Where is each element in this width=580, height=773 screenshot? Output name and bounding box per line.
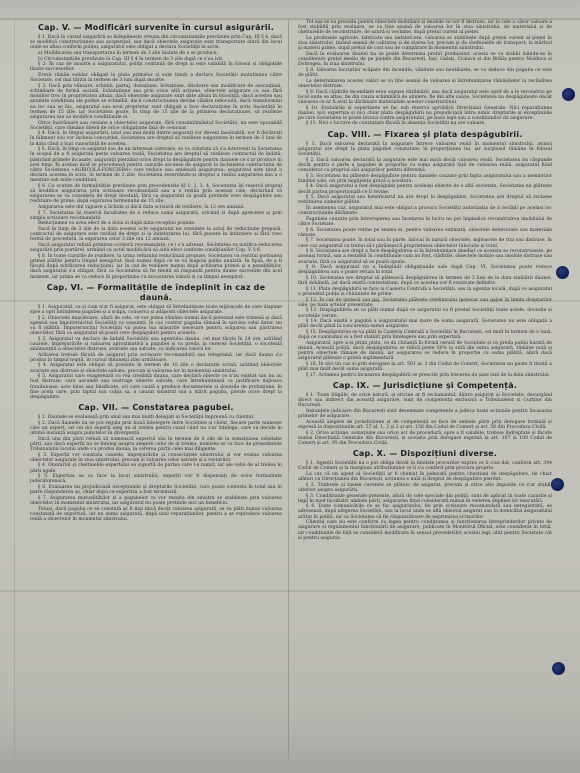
paragraph: Asiguratul, spre a-și primi plata, va da… (298, 341, 552, 362)
column-fold (288, 20, 289, 760)
page-edge (14, 20, 15, 760)
paragraph: § 5. Dacă, în timp ce asigurat sau de un… (30, 147, 282, 183)
paragraph: § 6. Cu scutire de formalitățile prevăzu… (30, 184, 282, 205)
paragraph: § 4. Dacă, în timpul asigurării, unul sa… (30, 131, 282, 146)
paragraph: Tot așa se va proceda pentru obiectele m… (298, 20, 552, 35)
paragraph: § 10. Societatea are dreptul să plăteasc… (298, 276, 552, 286)
paragraph: § 2. Dacă daunele nu se pot regula prin … (30, 421, 282, 436)
paragraph: § 1. Dacă în cursul asigurării se îndepl… (30, 35, 282, 50)
paragraph: La determinarea acestei valori se va țin… (298, 79, 552, 89)
paragraph: § 3. Experții vor constata cauzele, împr… (30, 453, 282, 463)
paragraph: Pagubele cauzate prin întreruperea sau î… (298, 217, 552, 227)
punch-hole-mark (556, 266, 569, 279)
paragraph: § 9. Dacă clădirile incendiate erau supu… (298, 90, 552, 105)
paragraph: § 14. Dacă există o pagubă a asiguratulu… (298, 319, 552, 329)
paragraph: § 6. Societatea poate reține pe seama ei… (298, 228, 552, 238)
paragraph: În asemenea caz, asiguratul mai este obl… (298, 206, 552, 216)
paragraph: Dacă una din părți refuză să numească ex… (30, 437, 282, 452)
paragraph: § 15. Despăgubirea se va plăti la Casier… (298, 330, 552, 340)
chapter-heading: Cap. X. — Dispozițiuni diverse. (298, 449, 552, 459)
paragraph: § 5. Expertiza se va face la locul sinis… (30, 474, 282, 484)
paragraph: La produsele agricole, fabricate sau nef… (298, 36, 552, 51)
paragraph: § 1. Daunele se evaluează prin unul sau … (30, 415, 282, 420)
punch-hole-mark (562, 88, 575, 101)
fold-line (0, 590, 580, 592)
paragraph: § 7. Asigurarea mutualităților și a pagu… (30, 496, 282, 506)
paragraph: § 16. În nici un caz și prin derogare la… (298, 362, 552, 372)
paragraph: § 12. În caz de ipotecă sau gaj, Societa… (298, 298, 552, 308)
paragraph: Orice înstrăinare sau cesiune a obiectel… (30, 121, 282, 131)
paragraph: Instanțele judiciare din București sunt … (298, 409, 552, 419)
paragraph: Dacă în timp de 3 zile de la data aceste… (30, 227, 282, 242)
paragraph: § 2. Timbrele și taxele cuvenite se plăt… (298, 483, 552, 493)
punch-hole-mark (552, 662, 565, 675)
paragraph: § 4. Toate comunicările ce se fac asigur… (298, 504, 552, 519)
paragraph: § 3. Condițiunile generale prezente, afa… (298, 494, 552, 504)
paragraph: § 5. Dacă asiguratul sau beneficiarul nu… (298, 195, 552, 205)
paragraph: Asigurarea este din vigoare a lichida și… (30, 205, 282, 210)
paragraph: a) Modificarea sau transportarea în term… (30, 51, 282, 56)
paragraph: § 17. Acțiunea pentru încasarea despăgub… (298, 373, 552, 378)
paragraph: § 4. Onorariul și cheltuielile expertulu… (30, 463, 282, 473)
paragraph: § 11. Plata despăgubirii se face la Casi… (298, 287, 552, 297)
paragraph: § 1. Dacă valoarea declarată la asigurar… (298, 142, 552, 157)
paragraph: Reducțiunea va avea efect de a doua zi d… (30, 221, 282, 226)
paragraph: Erezii rămân solidar obligați la plata p… (30, 73, 282, 83)
paragraph: Totuși, dacă paguba ce se constată ar fi… (30, 507, 282, 522)
paragraph: § 7. Societatea își rezervă facultatea d… (30, 211, 282, 221)
paragraph: Această alegere de jurisdicțiune și de c… (298, 420, 552, 430)
chapter-heading: Cap. V. — Modificări survenite în cursul… (30, 23, 282, 33)
paragraph: Clientul care nu este conform cu legea p… (298, 520, 552, 541)
scanned-policy-page: Cap. V. — Modificări survenite în cursul… (0, 0, 580, 773)
right-column: Tot așa se va proceda pentru obiectele m… (298, 20, 552, 541)
paragraph: Arătarea trebuie făcută de asigurat prin… (30, 353, 282, 363)
paragraph: § 2. Obiectele mișcătoare, afară de cele… (30, 316, 282, 337)
bottom-margin (0, 745, 580, 773)
paragraph: § 6. Evaluarea nu prejudiciază excepțiun… (30, 485, 282, 495)
paragraph: § 13. Despăgubirea se va plăti numai dup… (298, 308, 552, 318)
paragraph: § 10. Evaluările și expertizele se fac s… (298, 106, 552, 121)
paragraph: Dacă la evaluarea daunei nu se poate det… (298, 52, 552, 67)
paragraph: § 8. Societatea are drept a face despăgu… (298, 249, 552, 264)
paragraph: Dacă asiguratul refuză primirea scrisori… (30, 243, 282, 253)
paragraph: La caz că un agent al Societății ar fi c… (298, 472, 552, 482)
paragraph: § 5. Asiguratul care exagerează cu rea c… (30, 374, 282, 400)
paragraph: § 3. Asiguratul va declara de îndată Soc… (30, 337, 282, 352)
paragraph: § 11. Nici o lucrare de constatare făcut… (298, 121, 552, 126)
paragraph: § 8. Valoarea lucrurilor scăpate din inc… (298, 68, 552, 78)
paragraph: § 1. Toate litigiile, de orice natură, ș… (298, 393, 552, 408)
paragraph: b) Circumstanțiile prevăzute la Cap. III… (30, 57, 282, 62)
paragraph: § 7. Societatea poate, în total sau în p… (298, 238, 552, 248)
chapter-heading: Cap. VIII. — Fixarea și plata despăgubir… (298, 130, 552, 140)
paragraph: § 3. Societatea nu plătește despăgubire … (298, 174, 552, 184)
chapter-heading: Cap. IX. — Jurisdicțiune și Competență. (298, 381, 552, 391)
paragraph: § 2. Orice acțiune, somațiune sau orice … (298, 431, 552, 446)
chapter-heading: Cap. VI. — Formalitățile de îndeplinit î… (30, 283, 282, 303)
paragraph: § 2. În caz de moarte a asiguratului, po… (30, 62, 282, 72)
paragraph: § 3. Dacă prin vânzare, schimb, partaj, … (30, 84, 282, 120)
paragraph: § 4. Dacă asiguratul a fost despăgubit p… (298, 184, 552, 194)
left-column: Cap. V. — Modificări survenite în cursul… (30, 20, 282, 522)
paragraph: § 4. Asiguratul este obligat să prezinte… (30, 363, 282, 373)
paragraph: § 2. Dacă valoarea declarată la asigurar… (298, 158, 552, 173)
paragraph: § 1. Agenții Societății nu o pot obliga … (298, 461, 552, 471)
chapter-heading: Cap. VII. — Constatarea pagubei. (30, 403, 282, 413)
paragraph: § 8. În toate cazurile de reziliere, la … (30, 254, 282, 280)
paragraph: § 9. Dacă asiguratul nu a îndeplinit obl… (298, 265, 552, 275)
paragraph: § 1. Asiguratul, ca și cum n'ar fi asigu… (30, 305, 282, 315)
punch-hole-mark (551, 478, 564, 491)
